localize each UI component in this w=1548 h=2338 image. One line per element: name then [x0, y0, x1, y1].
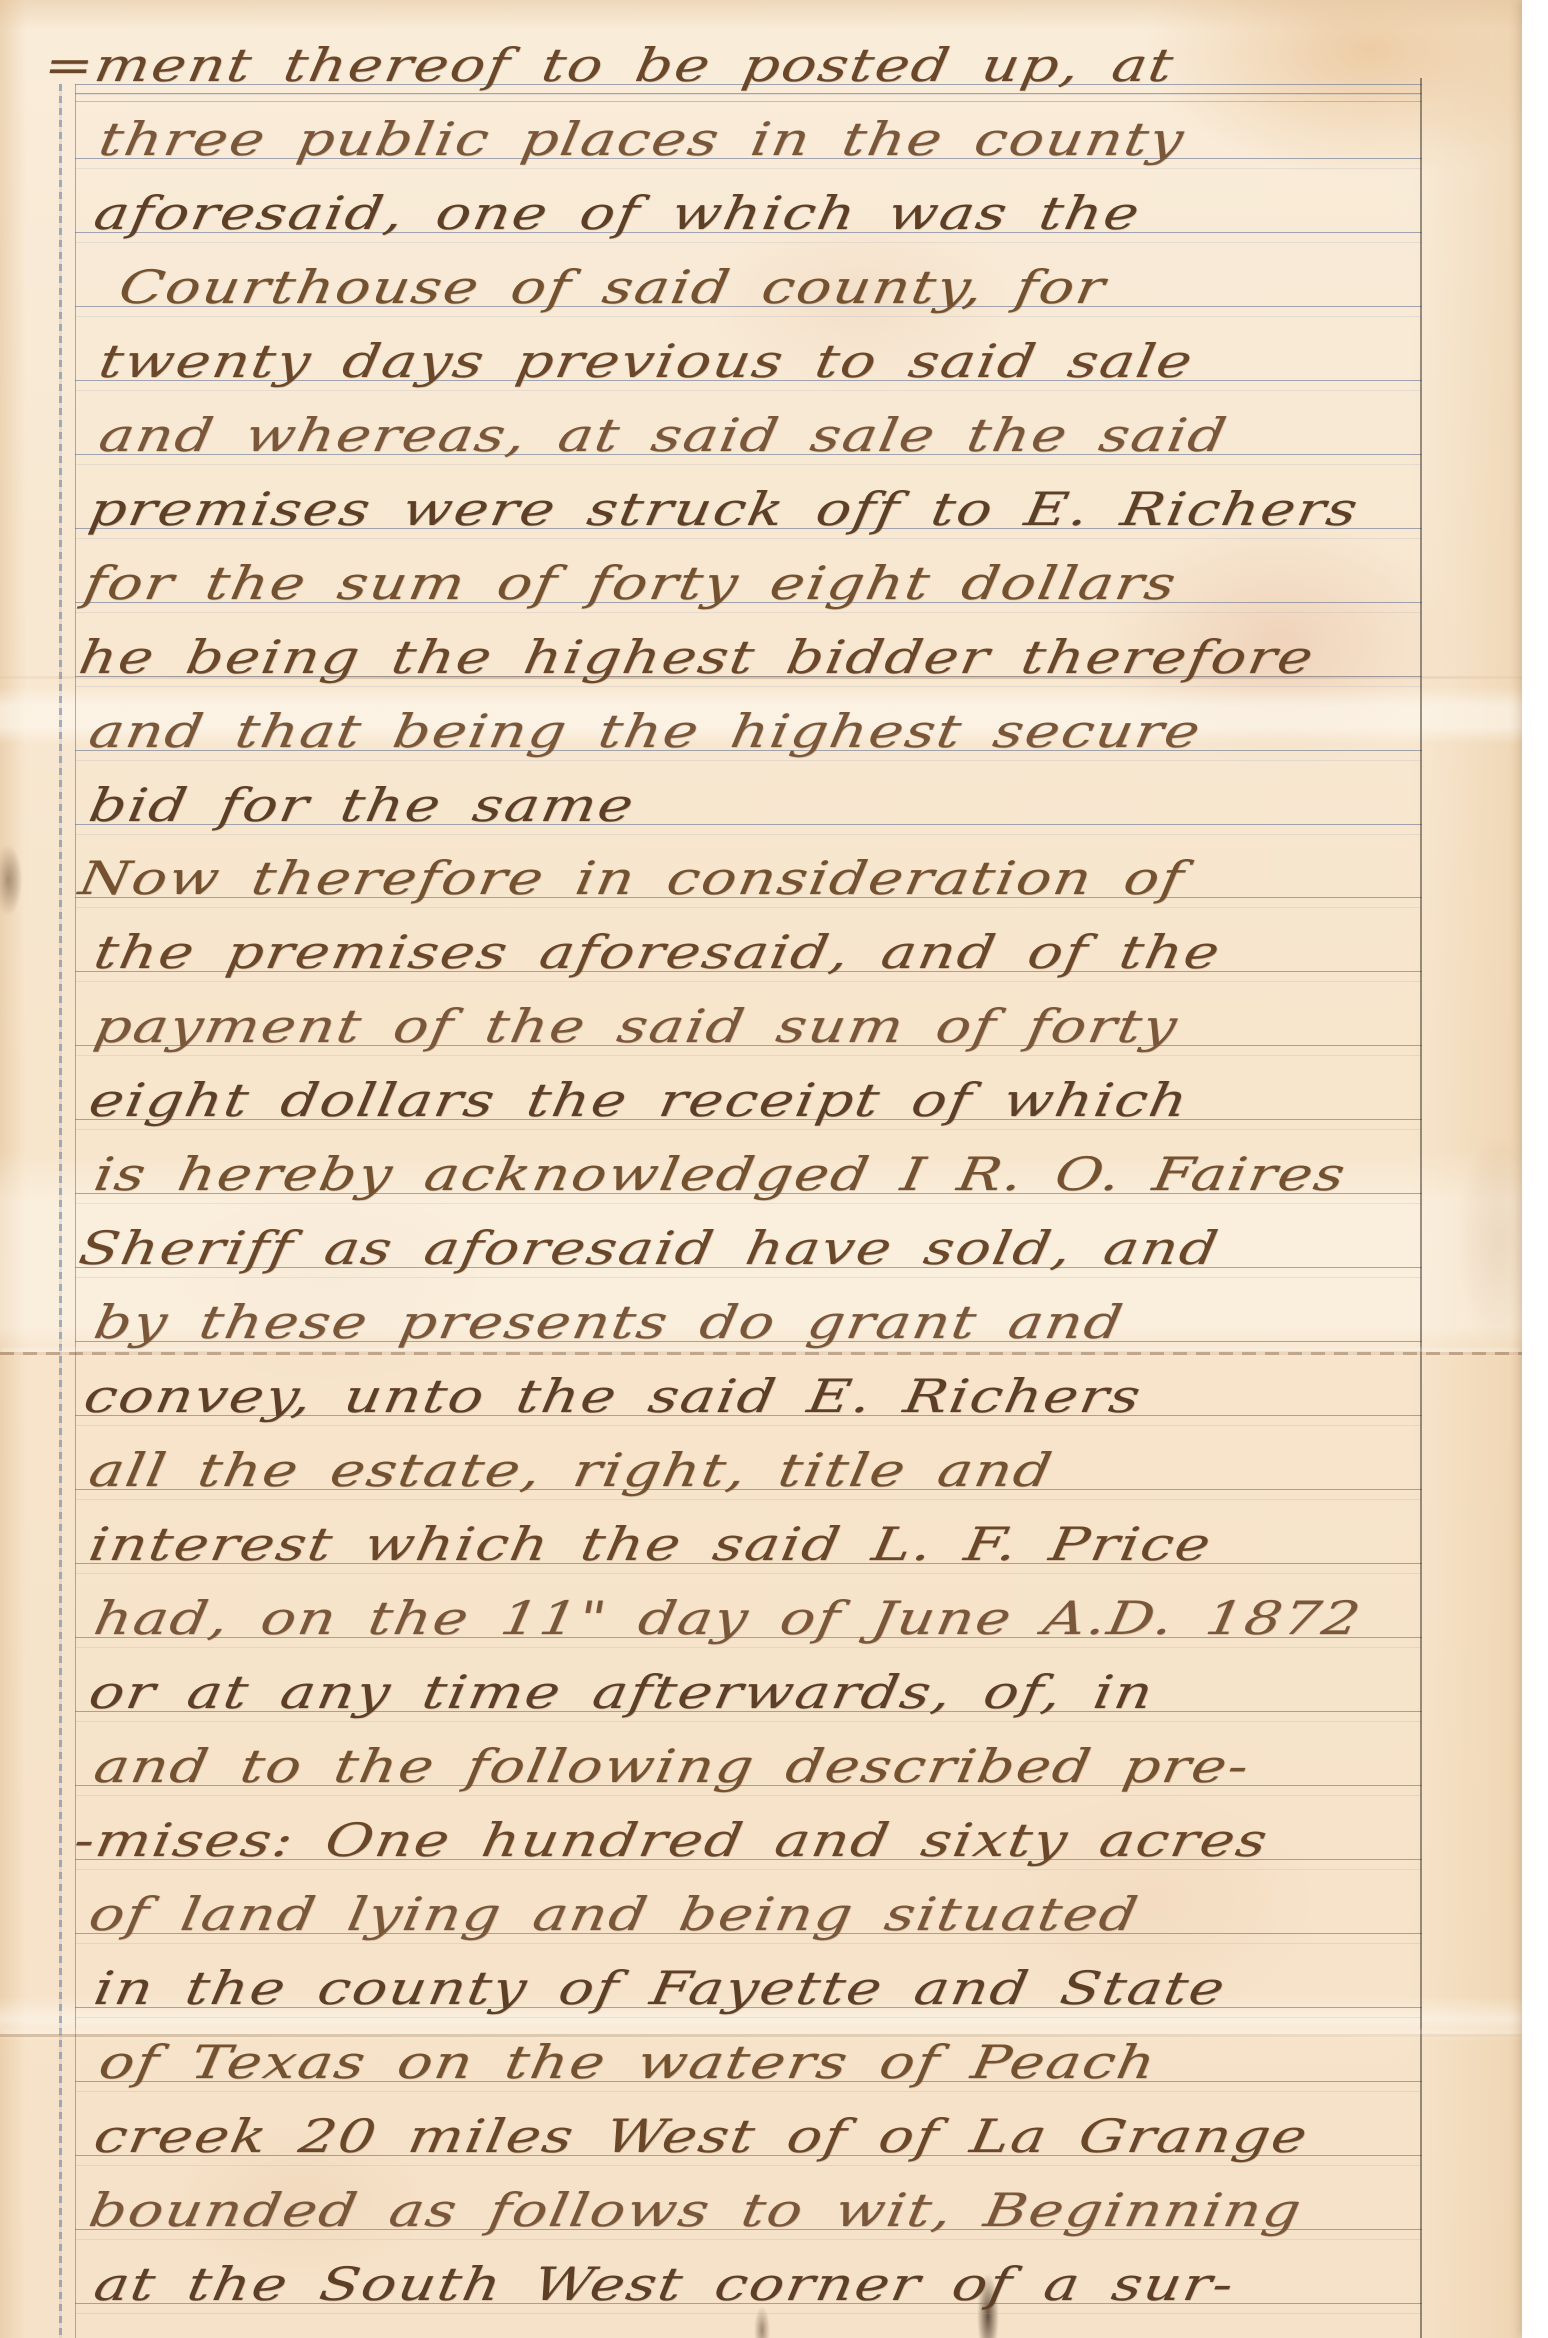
handwritten-line: had, on the 11" day of June A.D. 1872 — [90, 1591, 1366, 1645]
handwritten-line: -mises: One hundred and sixty acres — [70, 1813, 1273, 1867]
handwritten-line: aforesaid, one of which was the — [90, 186, 1145, 240]
handwritten-line: he being the highest bidder therefore — [75, 630, 1319, 684]
handwritten-line: of land lying and being situated — [85, 1887, 1143, 1941]
handwritten-line: Now therefore in consideration of — [75, 851, 1189, 905]
handwritten-line: of Texas on the waters of Peach — [95, 2035, 1161, 2089]
handwritten-line: by these presents do grant and — [90, 1295, 1128, 1349]
left-margin-line-outer — [59, 84, 62, 2338]
handwritten-line: Courthouse of said county, for — [115, 260, 1111, 314]
handwritten-line: at the South West corner of a sur- — [90, 2257, 1239, 2311]
handwritten-line: =ment thereof to be posted up, at — [40, 38, 1179, 92]
scanned-document: =ment thereof to be posted up, atthree p… — [0, 0, 1548, 2338]
handwritten-line: and to the following described pre- — [90, 1739, 1255, 1793]
handwritten-line: bid for the same — [85, 778, 639, 832]
handwritten-line: is hereby acknowledged I R. O. Faires — [90, 1147, 1351, 1201]
scanner-background-strip — [1522, 0, 1548, 2338]
handwritten-line: for the sum of forty eight dollars — [80, 556, 1181, 610]
handwritten-line: twenty days previous to said sale — [95, 334, 1198, 388]
handwritten-line: bounded as follows to wit, Beginning — [85, 2183, 1307, 2237]
right-border-line — [1420, 78, 1422, 2338]
ruled-line — [75, 93, 1422, 94]
handwritten-line: interest which the said L. F. Price — [85, 1517, 1216, 1571]
handwritten-line: eight dollars the receipt of which — [85, 1073, 1193, 1127]
handwritten-line: the premises aforesaid, and of the — [90, 925, 1225, 979]
handwritten-line: and that being the highest secure — [85, 704, 1206, 758]
handwritten-line: or at any time afterwards, of, in — [85, 1665, 1159, 1719]
handwritten-line: all the estate, right, title and — [85, 1443, 1058, 1497]
handwritten-line: three public places in the county — [95, 112, 1189, 166]
handwritten-line: creek 20 miles West of of La Grange — [90, 2109, 1313, 2163]
handwritten-line: Sheriff as aforesaid have sold, and — [75, 1221, 1224, 1275]
handwritten-line: convey, unto the said E. Richers — [80, 1369, 1146, 1423]
handwritten-line: in the county of Fayette and State — [90, 1961, 1230, 2015]
handwritten-line: payment of the said sum of forty — [90, 999, 1183, 1053]
left-margin-line-inner — [75, 84, 76, 2338]
handwritten-line: premises were struck off to E. Richers — [85, 482, 1363, 536]
handwritten-line: and whereas, at said sale the said — [95, 408, 1232, 462]
